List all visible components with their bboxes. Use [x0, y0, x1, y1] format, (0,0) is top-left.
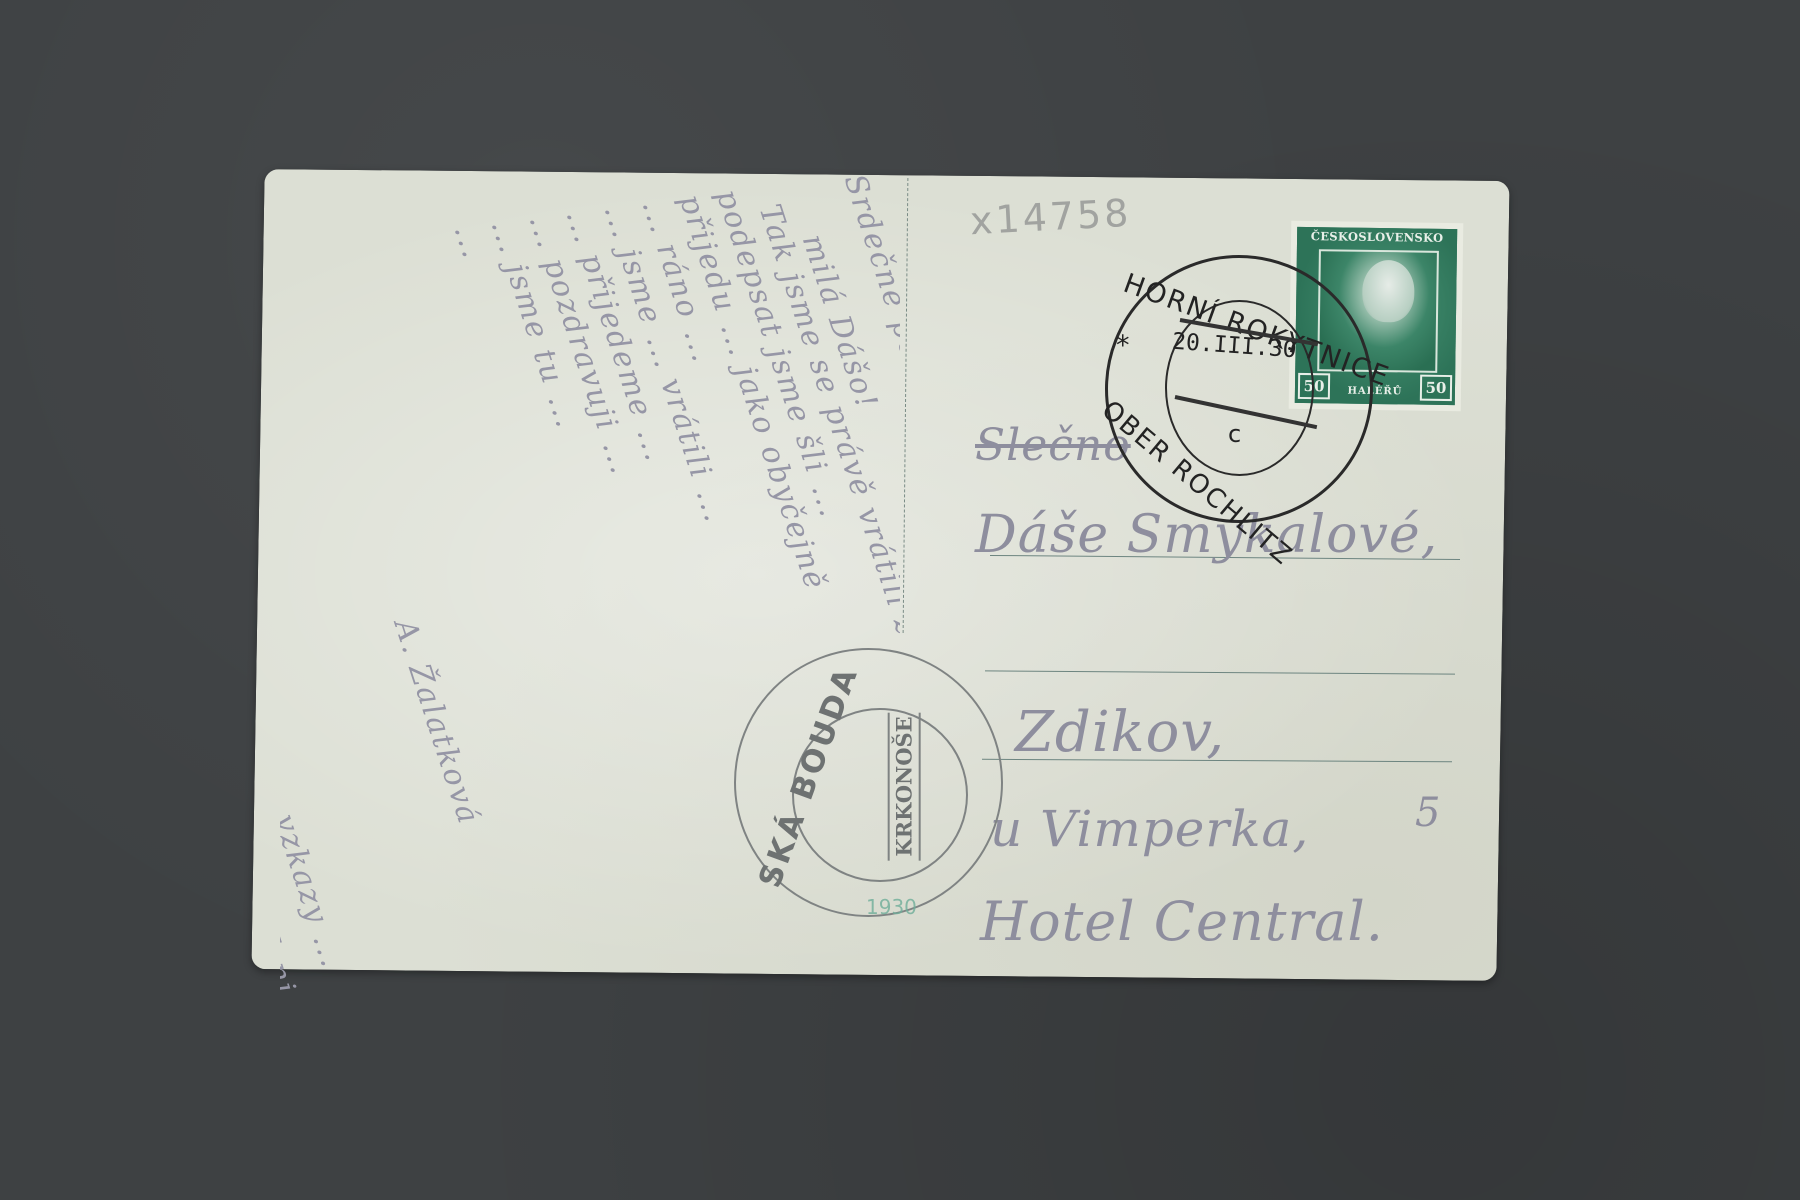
address-town: Zdikov,	[1015, 700, 1225, 765]
green-ink-mark: 1930	[866, 895, 917, 919]
pencil-catalog-number: x14758	[969, 191, 1132, 243]
postcard: x14758 Srdečné pozdravy ze Vosecké milá …	[0, 0, 1800, 1200]
cachet-center-text: KRKONOŠE	[888, 712, 921, 860]
stamp-value-right: 50	[1420, 375, 1452, 401]
address-side-number: 5	[1415, 790, 1441, 836]
postmark-letter: c	[1228, 420, 1241, 448]
address-hotel: Hotel Central.	[980, 890, 1384, 953]
address-locality: u Vimperka,	[990, 800, 1309, 858]
message-line: vzkazy ...	[280, 810, 349, 973]
postmark-star: *	[1116, 330, 1132, 361]
message-line: Toni	[280, 920, 302, 990]
stamp-country: ČESKOSLOVENSKO	[1297, 229, 1457, 245]
portrait-head	[1362, 260, 1415, 323]
message-line: A. Žalatková	[387, 615, 486, 829]
